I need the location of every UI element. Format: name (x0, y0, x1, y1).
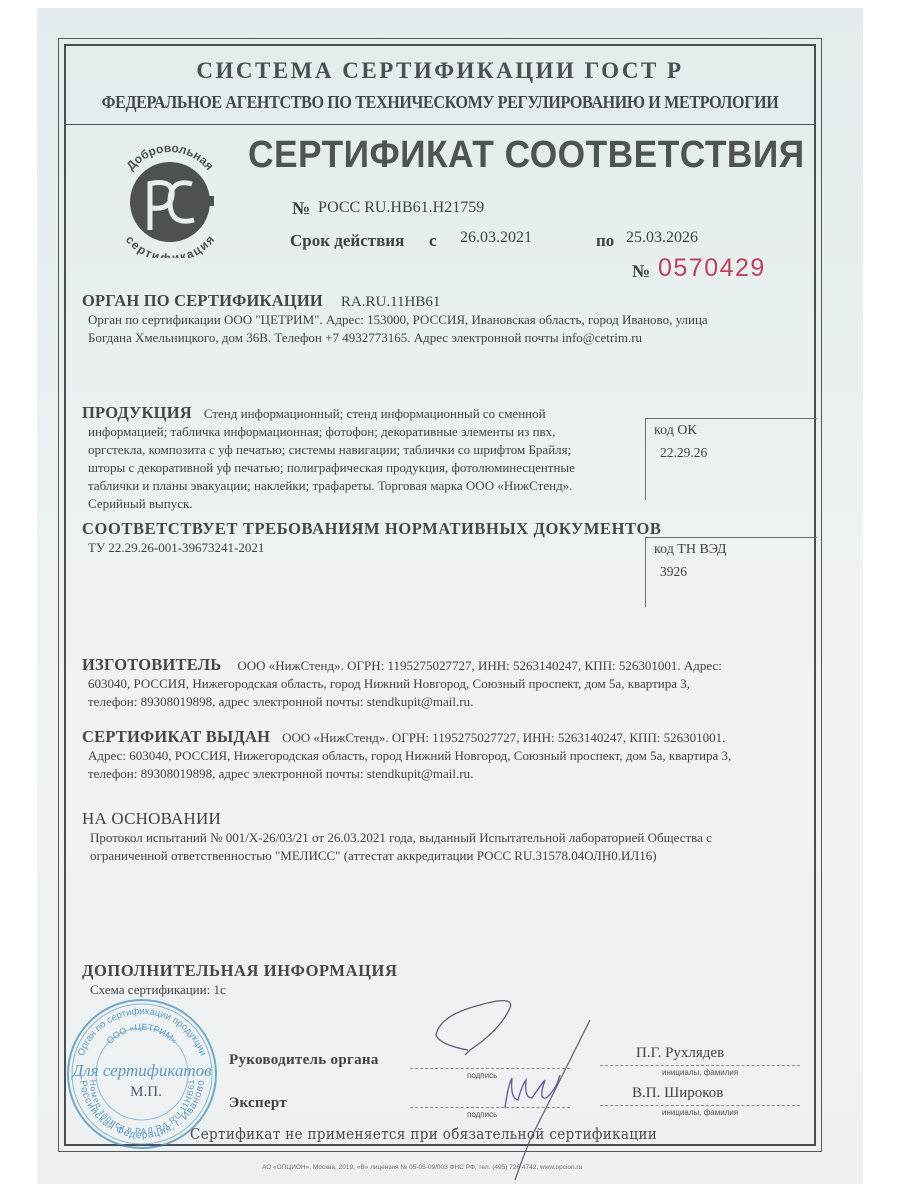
footer-divider (64, 1145, 816, 1146)
footer-note: Сертификат не применяется при обязательн… (190, 1125, 657, 1143)
valid-to-label: по (596, 231, 614, 251)
tnved-code-box: код ТН ВЭД 3926 (645, 537, 817, 607)
system-title: СИСТЕМА СЕРТИФИКАЦИИ ГОСТ Р (64, 58, 816, 84)
valid-from-date: 26.03.2021 (460, 229, 532, 247)
certification-body-heading: ОРГАН ПО СЕРТИФИКАЦИИ (82, 291, 323, 310)
products-first-line: Стенд информационный; стенд информационн… (204, 406, 546, 421)
head-role-label: Руководитель органа (229, 1052, 379, 1069)
expert-role-label: Эксперт (229, 1095, 287, 1112)
products-line: Серийный выпуск. (88, 495, 642, 513)
manufacturer-line: 603040, РОССИЯ, Нижегородская область, г… (88, 675, 722, 693)
certification-body-section: ОРГАН ПО СЕРТИФИКАЦИИ RA.RU.11НВ61 Орган… (82, 291, 708, 347)
basis-line: Протокол испытаний № 001/Х-26/03/21 от 2… (90, 829, 712, 847)
tnved-code-label: код ТН ВЭД (654, 542, 817, 558)
certification-body-line: Орган по сертификации ООО "ЦЕТРИМ". Адре… (88, 311, 708, 329)
head-name-line (600, 1065, 800, 1066)
svg-text:Для сертификатов: Для сертификатов (70, 1061, 212, 1080)
issued-to-line: Адрес: 603040, РОССИЯ, Нижегородская обл… (88, 747, 731, 765)
manufacturer-line: телефон: 89308019898, адрес электронной … (88, 693, 722, 711)
additional-info-heading: ДОПОЛНИТЕЛЬНАЯ ИНФОРМАЦИЯ (82, 961, 398, 981)
header-divider (64, 124, 816, 125)
expert-signature-caption: подпись (467, 1110, 497, 1119)
products-line: информацией; табличка информационная; фо… (88, 423, 642, 441)
head-signature-caption: подпись (467, 1071, 497, 1080)
expert-name-caption: инициалы, фамилия (662, 1108, 738, 1117)
certification-body-line: Богдана Хмельницкого, дом 36В. Телефон +… (88, 329, 708, 347)
certificate-number: РОСС RU.НВ61.Н21759 (318, 199, 484, 217)
validity-label: Срок действия (290, 231, 404, 251)
ok-code-value: 22.29.26 (660, 445, 817, 461)
ok-code-label: код ОК (654, 423, 817, 439)
products-section: ПРОДУКЦИЯ Стенд информационный; стенд ин… (82, 403, 642, 513)
basis-line: ограниченной ответственностью "МЕЛИСС" (… (90, 847, 712, 865)
manufacturer-heading: ИЗГОТОВИТЕЛЬ (82, 655, 221, 674)
products-line: оргстекла, композита с уф печатью; систе… (88, 441, 642, 459)
agency-name: ФЕДЕРАЛЬНОЕ АГЕНТСТВО ПО ТЕХНИЧЕСКОМУ РЕ… (94, 92, 786, 113)
valid-from-label: с (429, 231, 437, 251)
ok-code-box: код ОК 22.29.26 (645, 418, 817, 500)
issued-to-first-line: ООО «НижСтенд». ОГРН: 1195275027727, ИНН… (282, 730, 725, 745)
printer-imprint: АО «ОПЦИОН», Москва, 2019, «В» лицензия … (262, 1164, 582, 1171)
svg-text:М.П.: М.П. (130, 1084, 162, 1100)
head-name: П.Г. Рухлядев (636, 1045, 724, 1062)
expert-name: В.П. Широков (632, 1085, 723, 1102)
number-label: № (292, 198, 310, 219)
basis-section: НА ОСНОВАНИИ Протокол испытаний № 001/Х-… (82, 809, 712, 865)
conformity-section: СООТВЕТСТВУЕТ ТРЕБОВАНИЯМ НОРМАТИВНЫХ ДО… (82, 519, 662, 557)
head-signature-line (410, 1068, 570, 1069)
conformity-heading: СООТВЕТСТВУЕТ ТРЕБОВАНИЯМ НОРМАТИВНЫХ ДО… (82, 519, 662, 539)
certification-body-code: RA.RU.11НВ61 (341, 294, 440, 310)
products-heading: ПРОДУКЦИЯ (82, 403, 192, 422)
certificate-title: СЕРТИФИКАТ СООТВЕТСТВИЯ (248, 134, 805, 177)
serial-label: № (632, 261, 650, 282)
head-name-caption: инициалы, фамилия (662, 1068, 738, 1077)
voluntary-certification-logo-icon: Добровольная сертификация (110, 138, 230, 258)
issued-to-section: СЕРТИФИКАТ ВЫДАН ООО «НижСтенд». ОГРН: 1… (82, 727, 731, 783)
issued-to-line: телефон: 89308019898, адрес электронной … (88, 765, 731, 783)
manufacturer-first-line: ООО «НижСтенд». ОГРН: 1195275027727, ИНН… (237, 658, 721, 673)
basis-heading: НА ОСНОВАНИИ (82, 809, 712, 829)
products-line: таблички и планы эвакуации; наклейки; тр… (88, 477, 642, 495)
manufacturer-section: ИЗГОТОВИТЕЛЬ ООО «НижСтенд». ОГРН: 11952… (82, 655, 722, 711)
tnved-code-value: 3926 (660, 564, 817, 580)
issued-to-heading: СЕРТИФИКАТ ВЫДАН (82, 727, 270, 746)
expert-signature-line (410, 1107, 570, 1108)
valid-to-date: 25.03.2026 (626, 229, 698, 247)
serial-number: 0570429 (658, 254, 766, 283)
products-line: шторы с декоративной уф печатью; полигра… (88, 459, 642, 477)
expert-name-line (600, 1105, 800, 1106)
svg-text:ООО «ЦЕТРИМ»: ООО «ЦЕТРИМ» (105, 1022, 180, 1046)
conformity-document: ТУ 22.29.26-001-39673241-2021 (88, 539, 662, 557)
